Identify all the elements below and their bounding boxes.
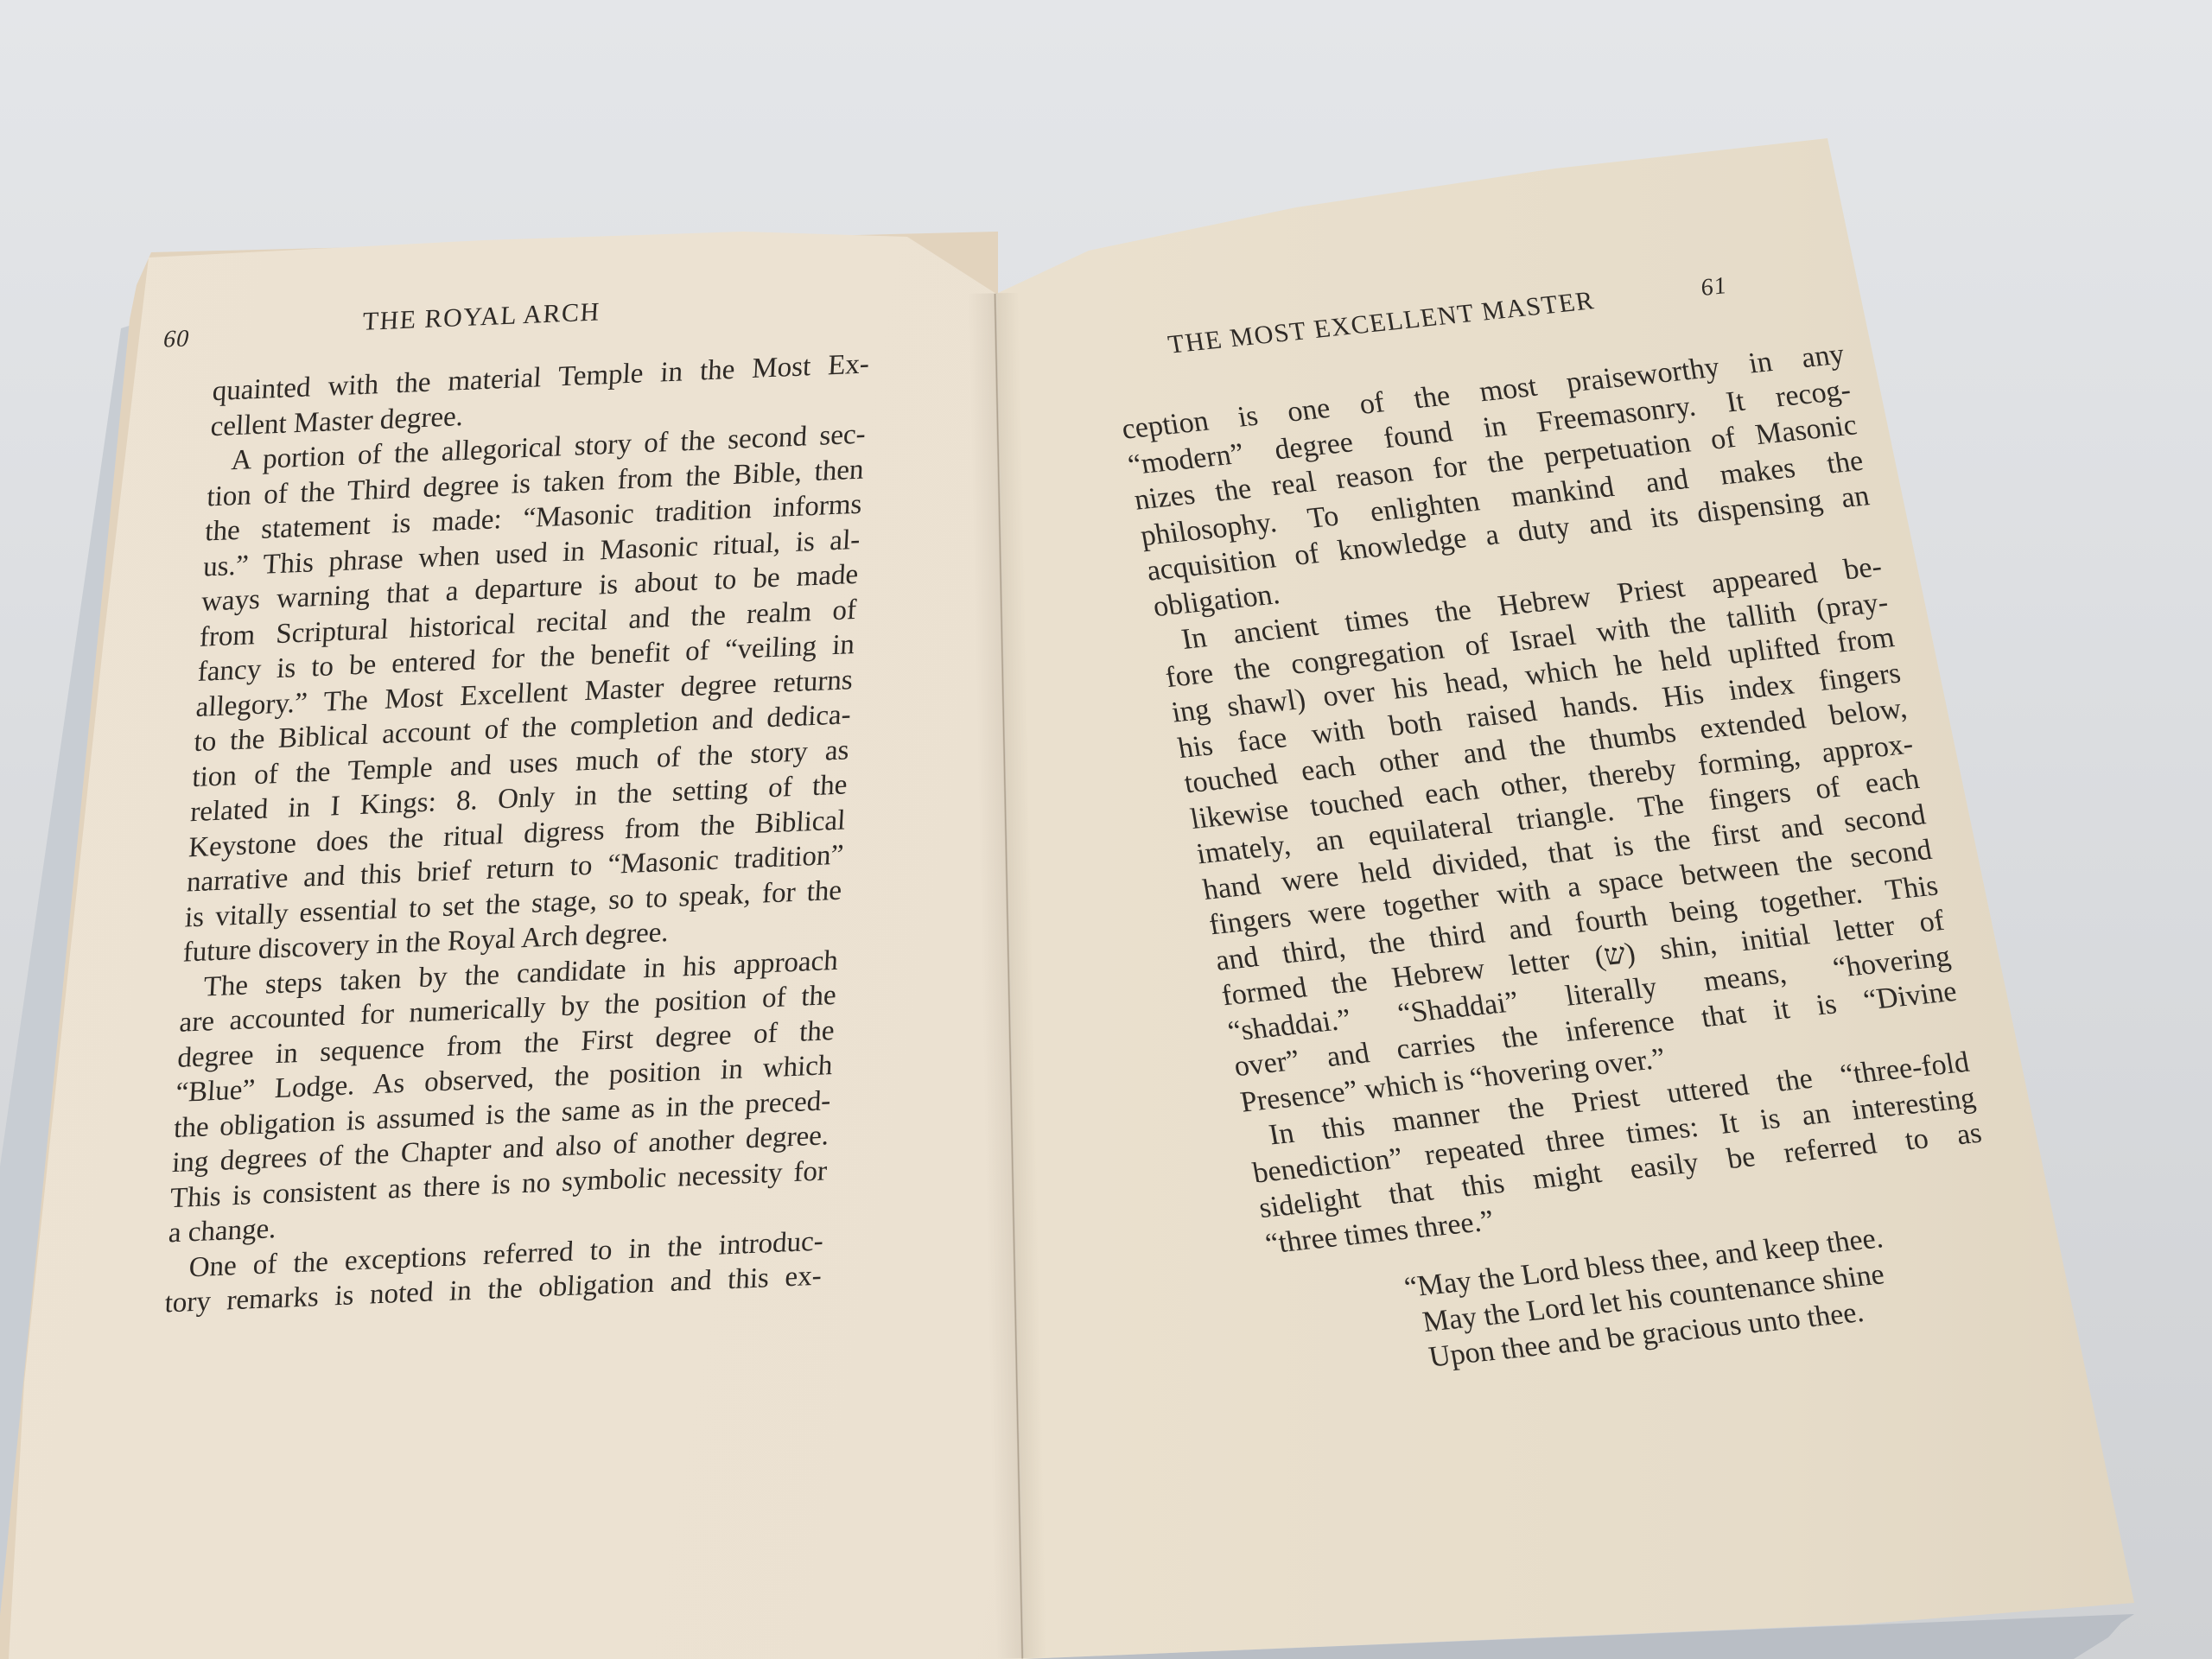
page-number-right: 61 — [1699, 272, 1729, 302]
page-number-left: 60 — [162, 325, 190, 353]
photo-scene: 60 THE ROYAL ARCH quainted with the mate… — [0, 0, 2212, 1659]
paragraph: The steps taken by the candidate in his … — [168, 943, 839, 1251]
left-page-text: 60 THE ROYAL ARCH quainted with the mate… — [164, 296, 873, 1321]
paragraph: In ancient times the Hebrew Priest appea… — [1156, 549, 1966, 1120]
paragraph: A portion of the allegorical story of th… — [182, 416, 867, 970]
